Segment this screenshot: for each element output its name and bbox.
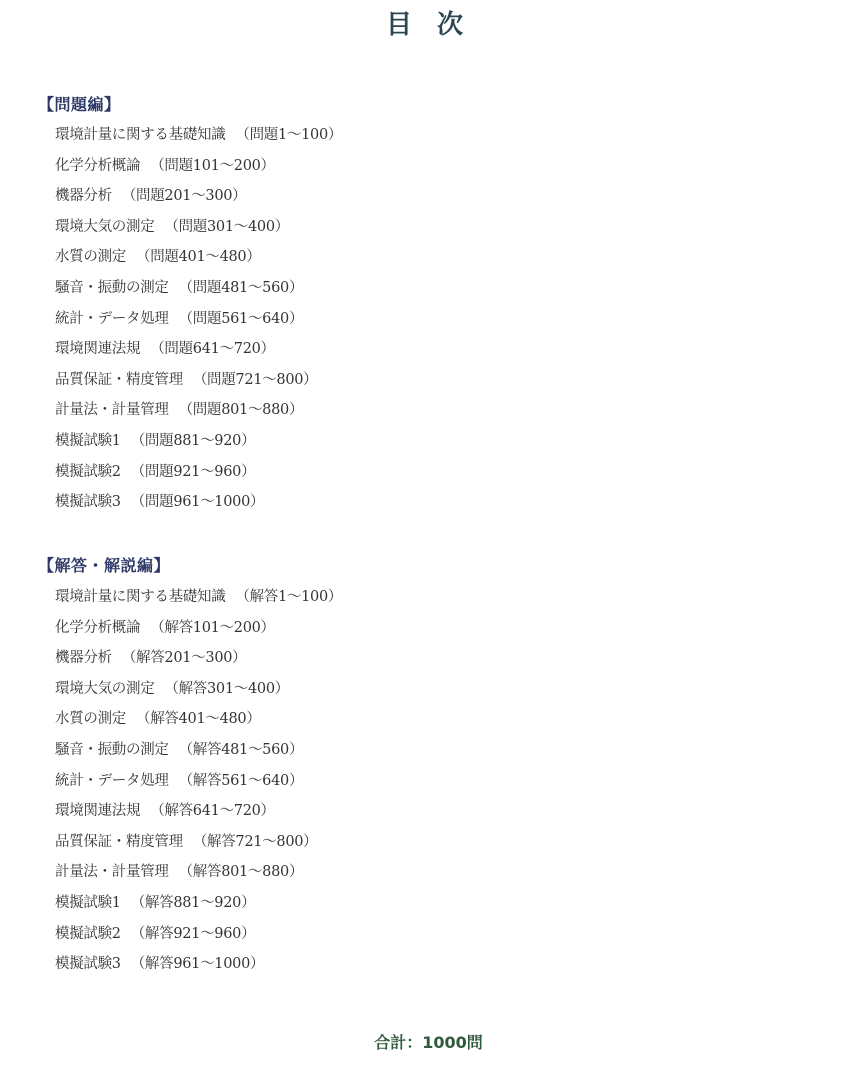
toc-item-label: 環境計量に関する基礎知識 <box>55 127 225 143</box>
toc-item-range: （問題201〜300） <box>122 188 247 204</box>
toc-item-label: 模擬試験2 <box>55 926 121 942</box>
toc-item-range: （問題641〜720） <box>150 341 275 357</box>
toc-item[interactable]: 模擬試験3（問題961〜1000） <box>55 487 342 518</box>
toc-item[interactable]: 計量法・計量管理（解答801〜880） <box>55 857 342 888</box>
toc-item[interactable]: 環境大気の測定（問題301〜400） <box>55 212 342 243</box>
toc-item[interactable]: 模擬試験2（解答921〜960） <box>55 919 342 950</box>
toc-item-range: （問題921〜960） <box>131 464 256 480</box>
toc-list-answers: 環境計量に関する基礎知識（解答1〜100） 化学分析概論（解答101〜200） … <box>55 582 342 980</box>
toc-item-label: 水質の測定 <box>55 249 126 265</box>
toc-item-range: （問題961〜1000） <box>131 494 264 510</box>
toc-item[interactable]: 統計・データ処理（問題561〜640） <box>55 304 342 335</box>
toc-item-label: 機器分析 <box>55 188 112 204</box>
toc-item-label: 環境関連法規 <box>55 803 140 819</box>
toc-item[interactable]: 機器分析（問題201〜300） <box>55 181 342 212</box>
toc-item[interactable]: 環境大気の測定（解答301〜400） <box>55 674 342 705</box>
toc-item-label: 統計・データ処理 <box>55 311 169 327</box>
toc-item-label: 模擬試験3 <box>55 956 121 972</box>
toc-item-range: （解答481〜560） <box>179 742 304 758</box>
toc-item[interactable]: 環境関連法規（解答641〜720） <box>55 796 342 827</box>
toc-item-range: （問題481〜560） <box>179 280 304 296</box>
toc-item[interactable]: 騒音・振動の測定（問題481〜560） <box>55 273 342 304</box>
toc-item[interactable]: 模擬試験1（解答881〜920） <box>55 888 342 919</box>
toc-item[interactable]: 品質保証・精度管理（問題721〜800） <box>55 365 342 396</box>
toc-item-range: （解答721〜800） <box>193 834 318 850</box>
toc-item-label: 環境大気の測定 <box>55 681 154 697</box>
toc-item-label: 品質保証・精度管理 <box>55 372 183 388</box>
toc-item[interactable]: 模擬試験3（解答961〜1000） <box>55 949 342 980</box>
toc-item-label: 化学分析概論 <box>55 158 140 174</box>
toc-item-range: （解答1〜100） <box>235 589 342 605</box>
toc-item-label: 統計・データ処理 <box>55 773 169 789</box>
toc-item-label: 模擬試験1 <box>55 433 121 449</box>
toc-item-range: （解答301〜400） <box>164 681 289 697</box>
toc-item-range: （解答921〜960） <box>131 926 256 942</box>
toc-item-label: 水質の測定 <box>55 711 126 727</box>
toc-item[interactable]: 模擬試験1（問題881〜920） <box>55 426 342 457</box>
toc-item-range: （問題881〜920） <box>131 433 256 449</box>
toc-item[interactable]: 環境計量に関する基礎知識（解答1〜100） <box>55 582 342 613</box>
toc-item[interactable]: 水質の測定（問題401〜480） <box>55 242 342 273</box>
toc-item-range: （解答401〜480） <box>136 711 261 727</box>
toc-item-label: 環境計量に関する基礎知識 <box>55 589 225 605</box>
toc-item[interactable]: 模擬試験2（問題921〜960） <box>55 457 342 488</box>
toc-item-range: （問題301〜400） <box>164 219 289 235</box>
toc-item[interactable]: 化学分析概論（問題101〜200） <box>55 151 342 182</box>
toc-item-label: 模擬試験1 <box>55 895 121 911</box>
toc-item-range: （問題101〜200） <box>150 158 275 174</box>
toc-item-label: 環境大気の測定 <box>55 219 154 235</box>
section-header-answers: 【解答・解説編】 <box>38 553 170 576</box>
toc-item[interactable]: 騒音・振動の測定（解答481〜560） <box>55 735 342 766</box>
toc-item-range: （解答801〜880） <box>179 864 304 880</box>
toc-item-label: 騒音・振動の測定 <box>55 280 169 296</box>
toc-item-label: 品質保証・精度管理 <box>55 834 183 850</box>
toc-list-questions: 環境計量に関する基礎知識（問題1〜100） 化学分析概論（問題101〜200） … <box>55 120 342 518</box>
toc-item-label: 騒音・振動の測定 <box>55 742 169 758</box>
toc-item[interactable]: 水質の測定（解答401〜480） <box>55 704 342 735</box>
toc-item-range: （解答961〜1000） <box>131 956 264 972</box>
toc-item[interactable]: 環境計量に関する基礎知識（問題1〜100） <box>55 120 342 151</box>
toc-item[interactable]: 品質保証・精度管理（解答721〜800） <box>55 827 342 858</box>
toc-item-range: （問題561〜640） <box>179 311 304 327</box>
toc-item-label: 計量法・計量管理 <box>55 864 169 880</box>
toc-item-label: 環境関連法規 <box>55 341 140 357</box>
toc-item-range: （解答641〜720） <box>150 803 275 819</box>
toc-item[interactable]: 機器分析（解答201〜300） <box>55 643 342 674</box>
section-header-questions: 【問題編】 <box>38 92 121 115</box>
toc-item-label: 機器分析 <box>55 650 112 666</box>
toc-item[interactable]: 統計・データ処理（解答561〜640） <box>55 766 342 797</box>
toc-item-range: （問題1〜100） <box>235 127 342 143</box>
toc-item-range: （解答561〜640） <box>179 773 304 789</box>
toc-item-range: （解答201〜300） <box>122 650 247 666</box>
page-title: 目 次 <box>0 4 857 41</box>
toc-item-label: 計量法・計量管理 <box>55 402 169 418</box>
toc-item-range: （問題801〜880） <box>179 402 304 418</box>
toc-item[interactable]: 計量法・計量管理（問題801〜880） <box>55 395 342 426</box>
total-count: 合計：1000問 <box>0 1030 857 1053</box>
toc-item-range: （解答881〜920） <box>131 895 256 911</box>
toc-item-label: 模擬試験3 <box>55 494 121 510</box>
toc-item-range: （問題401〜480） <box>136 249 261 265</box>
toc-item-range: （問題721〜800） <box>193 372 318 388</box>
toc-item-label: 模擬試験2 <box>55 464 121 480</box>
toc-item-label: 化学分析概論 <box>55 620 140 636</box>
toc-item[interactable]: 環境関連法規（問題641〜720） <box>55 334 342 365</box>
toc-item-range: （解答101〜200） <box>150 620 275 636</box>
toc-item[interactable]: 化学分析概論（解答101〜200） <box>55 613 342 644</box>
